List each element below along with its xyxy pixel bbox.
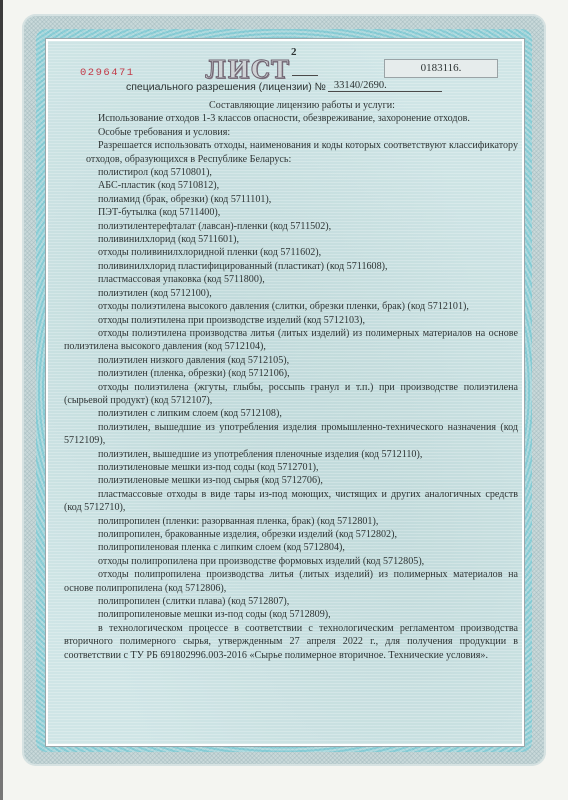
activity-text: Использование отходов 1-3 классов опасно… <box>86 112 518 125</box>
sheet-title: ЛИСТ <box>205 55 290 84</box>
list-item: отходы полипропилена производства литья … <box>64 568 518 595</box>
list-item: отходы полиэтилена при производстве изде… <box>64 314 518 327</box>
list-item: полиэтилен (код 5712100), <box>64 287 518 300</box>
list-item: полиэтилен с липким слоем (код 5712108), <box>64 407 518 420</box>
section-heading: Составляющие лицензию работы и услуги: <box>86 99 518 112</box>
list-item: отходы поливинилхлоридной пленки (код 57… <box>64 246 518 259</box>
intro-text: Разрешается использовать отходы, наимено… <box>86 139 518 166</box>
list-item: полиэтиленовые мешки из-под соды (код 57… <box>64 461 518 474</box>
conclusion-text: в технологическом процессе в соответстви… <box>64 622 518 662</box>
list-item: полиэтилен (пленка, обрезки) (код 571210… <box>64 367 518 380</box>
list-item: полипропилен (пленки: разорванная пленка… <box>64 515 518 528</box>
page-edge <box>0 0 3 800</box>
list-item: полипропилен, бракованные изделия, обрез… <box>64 528 518 541</box>
list-item: полиэтиленовые мешки из-под сырья (код 5… <box>64 474 518 487</box>
list-item: пластмассовая упаковка (код 5711800), <box>64 273 518 286</box>
requirements-heading: Особые требования и условия: <box>86 126 518 139</box>
list-item: отходы полиэтилена высокого давления (сл… <box>64 300 518 313</box>
list-item: полиэтилен низкого давления (код 5712105… <box>64 354 518 367</box>
list-item: полипропиленовые мешки из-под соды (код … <box>64 608 518 621</box>
list-item: поливинилхлорид пластифицированный (плас… <box>64 260 518 273</box>
serial-number: 0296471 <box>80 67 135 79</box>
list-item: полистирол (код 5710801), <box>64 166 518 179</box>
list-item: отходы полиэтилена (жгуты, глыбы, россып… <box>64 381 518 408</box>
list-item: полипропиленовая пленка с липким слоем (… <box>64 541 518 554</box>
waste-items-list: полистирол (код 5710801),АБС-пластик (ко… <box>86 166 518 622</box>
document-body: Составляющие лицензию работы и услуги: И… <box>86 99 518 662</box>
list-item: пластмассовые отходы в виде тары из-под … <box>64 488 518 515</box>
license-number: 33140/2690. <box>328 80 442 92</box>
list-item: ПЭТ-бутылка (код 5711400), <box>64 206 518 219</box>
list-item: отходы полиэтилена производства литья (л… <box>64 327 518 354</box>
list-item: полипропилен (слитки плава) (код 5712807… <box>64 595 518 608</box>
form-number-box: 0183116. <box>384 59 498 78</box>
license-line: специального разрешения (лицензии) № 331… <box>126 81 442 93</box>
sheet-number: 2 <box>291 46 297 58</box>
list-item: поливинилхлорид (код 5711601), <box>64 233 518 246</box>
list-item: полиэтилен, вышедшие из употребления изд… <box>64 421 518 448</box>
list-item: отходы полипропилена при производстве фо… <box>64 555 518 568</box>
list-item: полиэтилентерефталат (лавсан)-пленки (ко… <box>64 220 518 233</box>
list-item: АБС-пластик (код 5710812), <box>64 179 518 192</box>
sheet-number-underline <box>292 75 318 76</box>
list-item: полиамид (брак, обрезки) (код 5711101), <box>64 193 518 206</box>
list-item: полиэтилен, вышедшие из употребления пле… <box>64 448 518 461</box>
license-label: специального разрешения (лицензии) № <box>126 81 326 93</box>
